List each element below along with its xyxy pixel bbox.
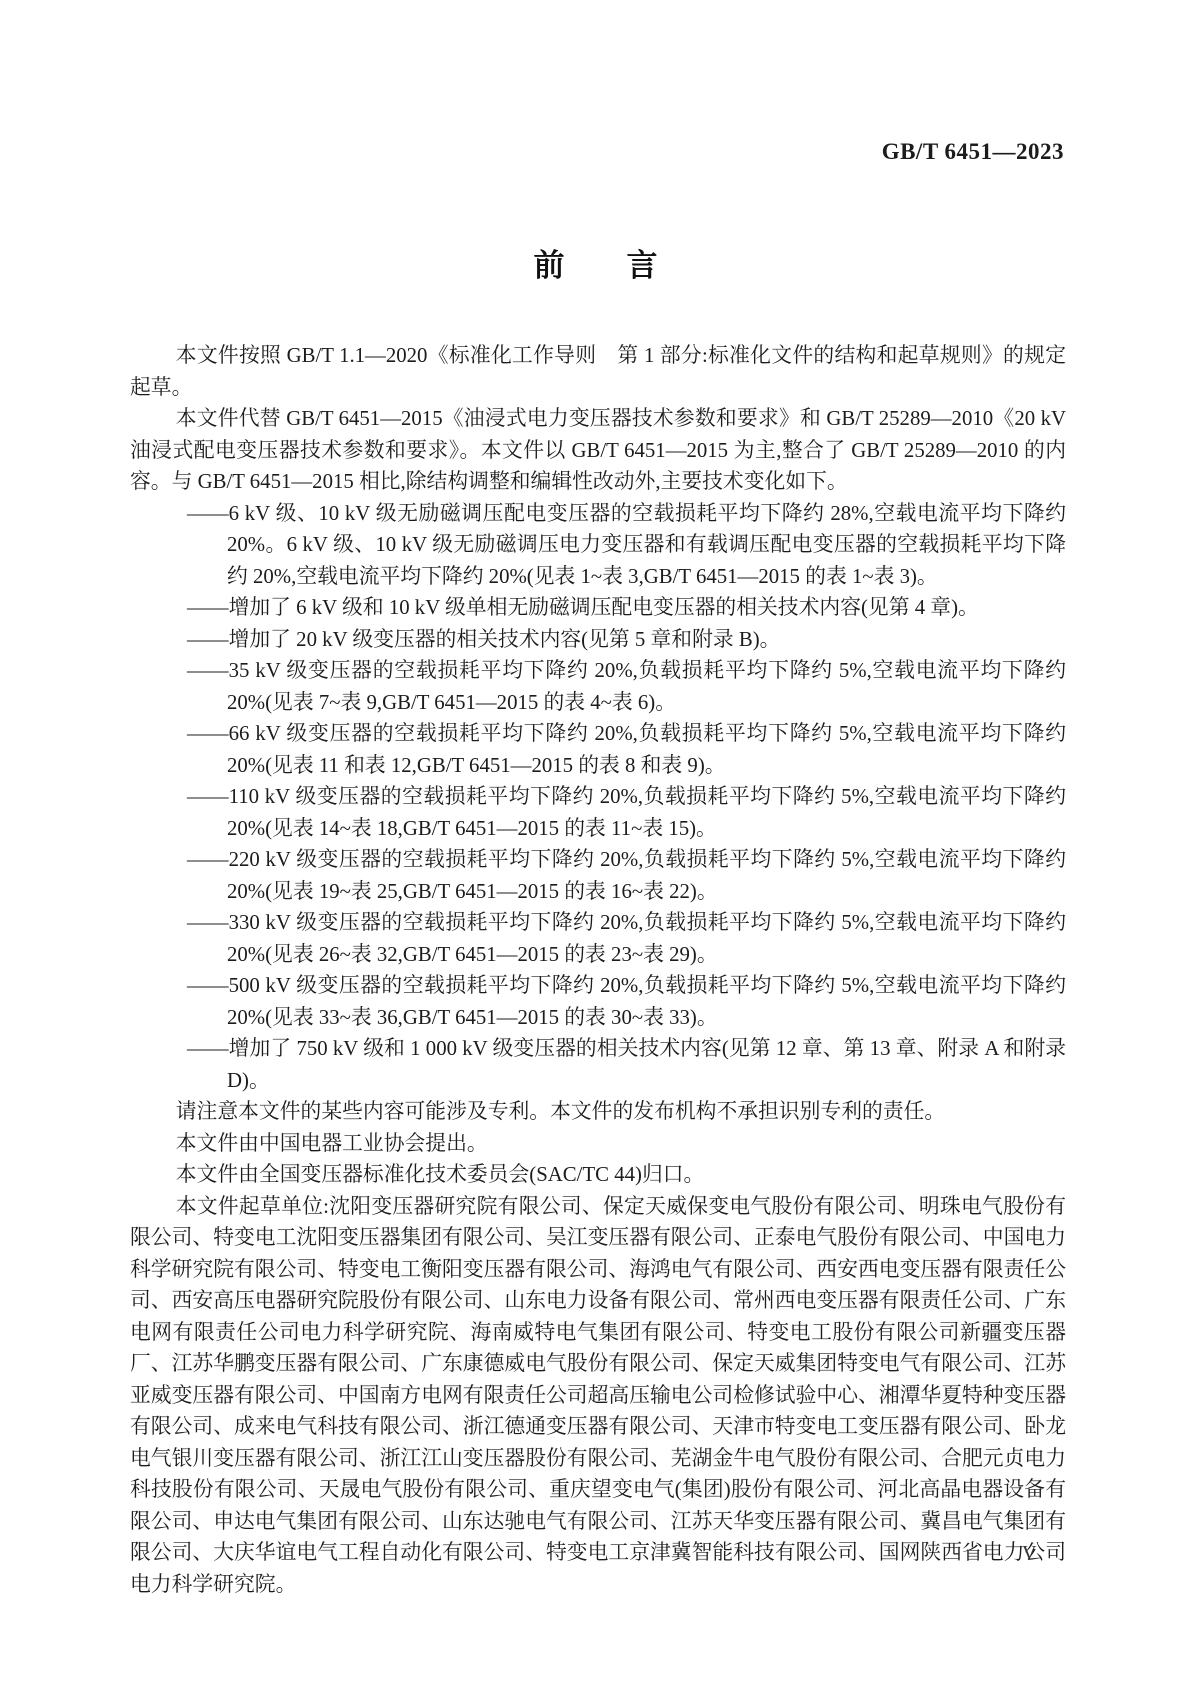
standard-code: GB/T 6451—2023 [882,139,1064,165]
patent-notice-paragraph: 请注意本文件的某些内容可能涉及专利。本文件的发布机构不承担识别专利的责任。 [130,1096,1066,1128]
change-list-item: ——66 kV 级变压器的空载损耗平均下降约 20%,负载损耗平均下降约 5%,… [130,718,1066,781]
dash-marker: —— [187,1037,229,1060]
change-list-item: ——增加了 20 kV 级变压器的相关技术内容(见第 5 章和附录 B)。 [130,624,1066,656]
dash-marker: —— [187,974,229,997]
change-item-text: 66 kV 级变压器的空载损耗平均下降约 20%,负载损耗平均下降约 5%,空载… [227,722,1066,777]
change-item-text: 增加了 6 kV 级和 10 kV 级单相无励磁调压配电变压器的相关技术内容(见… [229,596,979,619]
dash-marker: —— [187,785,229,808]
page-title: 前 言 [0,240,1191,285]
change-list-item: ——110 kV 级变压器的空载损耗平均下降约 20%,负载损耗平均下降约 5%… [130,781,1066,844]
change-item-text: 增加了 20 kV 级变压器的相关技术内容(见第 5 章和附录 B)。 [229,628,781,651]
change-list-item: ——330 kV 级变压器的空载损耗平均下降约 20%,负载损耗平均下降约 5%… [130,907,1066,970]
committee-paragraph: 本文件由全国变压器标准化技术委员会(SAC/TC 44)归口。 [130,1159,1066,1191]
change-item-text: 6 kV 级、10 kV 级无励磁调压配电变压器的空载损耗平均下降约 28%,空… [227,502,1066,588]
dash-marker: —— [187,596,229,619]
dash-marker: —— [187,659,229,682]
change-item-text: 增加了 750 kV 级和 1 000 kV 级变压器的相关技术内容(见第 12… [227,1037,1066,1092]
page-number: V [1022,1542,1036,1565]
dash-marker: —— [187,628,229,651]
change-list-item: ——增加了 750 kV 级和 1 000 kV 级变压器的相关技术内容(见第 … [130,1033,1066,1096]
change-item-text: 330 kV 级变压器的空载损耗平均下降约 20%,负载损耗平均下降约 5%,空… [227,911,1066,966]
dash-marker: —— [187,911,229,934]
intro-paragraph: 本文件按照 GB/T 1.1—2020《标准化工作导则 第 1 部分:标准化文件… [130,340,1066,403]
change-item-text: 35 kV 级变压器的空载损耗平均下降约 20%,负载损耗平均下降约 5%,空载… [227,659,1066,714]
change-item-text: 220 kV 级变压器的空载损耗平均下降约 20%,负载损耗平均下降约 5%,空… [227,848,1066,903]
document-page: GB/T 6451—2023 前 言 本文件按照 GB/T 1.1—2020《标… [0,0,1191,1685]
drafting-units-paragraph: 本文件起草单位:沈阳变压器研究院有限公司、保定天威保变电气股份有限公司、明珠电气… [130,1191,1066,1601]
change-list-item: ——增加了 6 kV 级和 10 kV 级单相无励磁调压配电变压器的相关技术内容… [130,592,1066,624]
change-list-item: ——35 kV 级变压器的空载损耗平均下降约 20%,负载损耗平均下降约 5%,… [130,655,1066,718]
change-item-text: 500 kV 级变压器的空载损耗平均下降约 20%,负载损耗平均下降约 5%,空… [227,974,1066,1029]
dash-marker: —— [187,502,229,525]
intro-paragraph: 本文件代替 GB/T 6451—2015《油浸式电力变压器技术参数和要求》和 G… [130,403,1066,498]
change-item-text: 110 kV 级变压器的空载损耗平均下降约 20%,负载损耗平均下降约 5%,空… [227,785,1066,840]
dash-marker: —— [187,848,229,871]
change-list-item: ——500 kV 级变压器的空载损耗平均下降约 20%,负载损耗平均下降约 5%… [130,970,1066,1033]
dash-marker: —— [187,722,229,745]
proposer-paragraph: 本文件由中国电器工业协会提出。 [130,1128,1066,1160]
change-list-item: ——6 kV 级、10 kV 级无励磁调压配电变压器的空载损耗平均下降约 28%… [130,498,1066,593]
foreword-content: 本文件按照 GB/T 1.1—2020《标准化工作导则 第 1 部分:标准化文件… [130,340,1066,1600]
change-list-item: ——220 kV 级变压器的空载损耗平均下降约 20%,负载损耗平均下降约 5%… [130,844,1066,907]
